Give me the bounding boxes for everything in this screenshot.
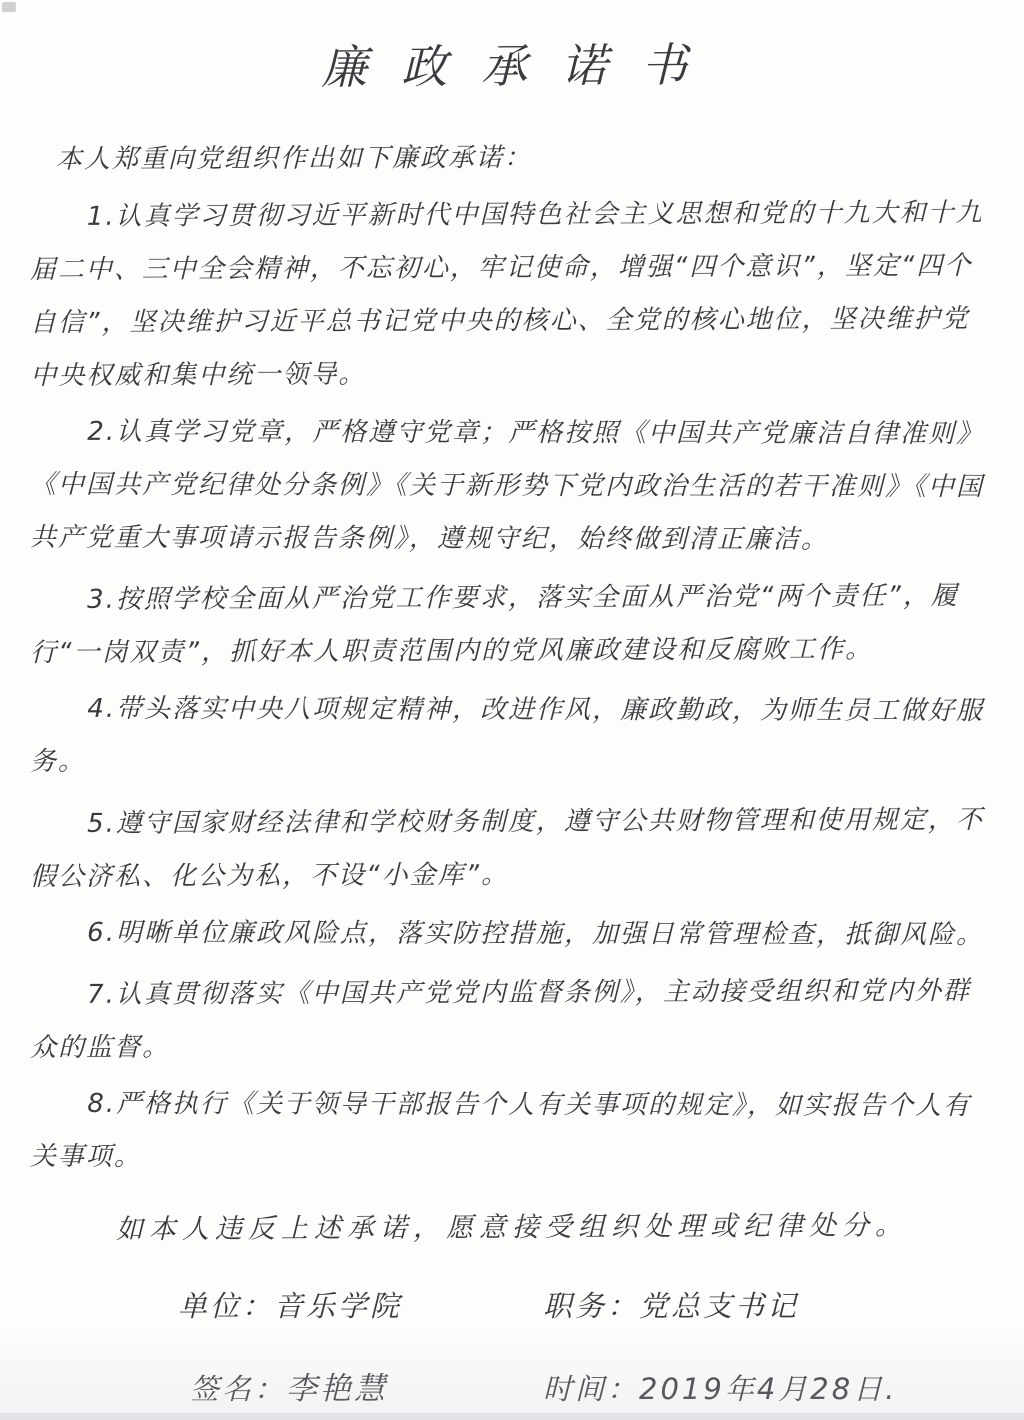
scan-bottom-edge <box>0 1413 1024 1420</box>
commitment-item-6: 6.明晰单位廉政风险点，落实防控措施，加强日常管理检查，抵御风险。 <box>30 907 996 963</box>
commitment-item-2: 2.认真学习党章，严格遵守党章；严格按照《中国共产党廉洁自律准则》《中国共产党纪… <box>30 406 996 568</box>
position-value: 党总支书记 <box>639 1289 799 1323</box>
commitment-item-4: 4.带头落实中央八项规定精神，改进作风，廉政勤政，为师生员工做好服务。 <box>30 683 996 792</box>
scanned-document-page: 廉政承诺书 本人郑重向党组织作出如下廉政承诺： 1.认真学习贯彻习近平新时代中国… <box>0 0 1024 1420</box>
position-label: 职务： <box>543 1289 639 1323</box>
closing-pledge-line: 如本人违反上述承诺，愿意接受组织处理或纪律处分。 <box>116 1199 996 1257</box>
scan-smudge-artifact <box>0 1323 1024 1413</box>
unit-value: 音乐学院 <box>274 1289 402 1323</box>
document-title: 廉政承诺书 <box>18 0 1024 100</box>
commitment-item-5: 5.遵守国家财经法律和学校财务制度，遵守公共财物管理和使用规定，不假公济私、化公… <box>30 794 996 904</box>
commitment-item-8: 8.严格执行《关于领导干部报告个人有关事项的规定》，如实报告个人有关事项。 <box>30 1078 996 1187</box>
unit-label: 单位： <box>178 1289 274 1323</box>
intro-line: 本人郑重向党组织作出如下廉政承诺： <box>30 130 996 186</box>
commitment-item-3: 3.按照学校全面从严治党工作要求，落实全面从严治党“两个责任”，履行“一岗双责”… <box>30 570 996 680</box>
commitment-list: 1.认真学习贯彻习近平新时代中国特色社会主义思想和党的十九大和十九届二中、三中全… <box>30 189 996 1185</box>
scan-corner-artifact <box>2 2 16 12</box>
commitment-item-1: 1.认真学习贯彻习近平新时代中国特色社会主义思想和党的十九大和十九届二中、三中全… <box>30 187 997 403</box>
commitment-item-7: 7.认真贯彻落实《中国共产党党内监督条例》，主动接受组织和党内外群众的监督。 <box>30 965 996 1075</box>
document-body: 本人郑重向党组织作出如下廉政承诺： 1.认真学习贯彻习近平新时代中国特色社会主义… <box>0 96 1024 1416</box>
